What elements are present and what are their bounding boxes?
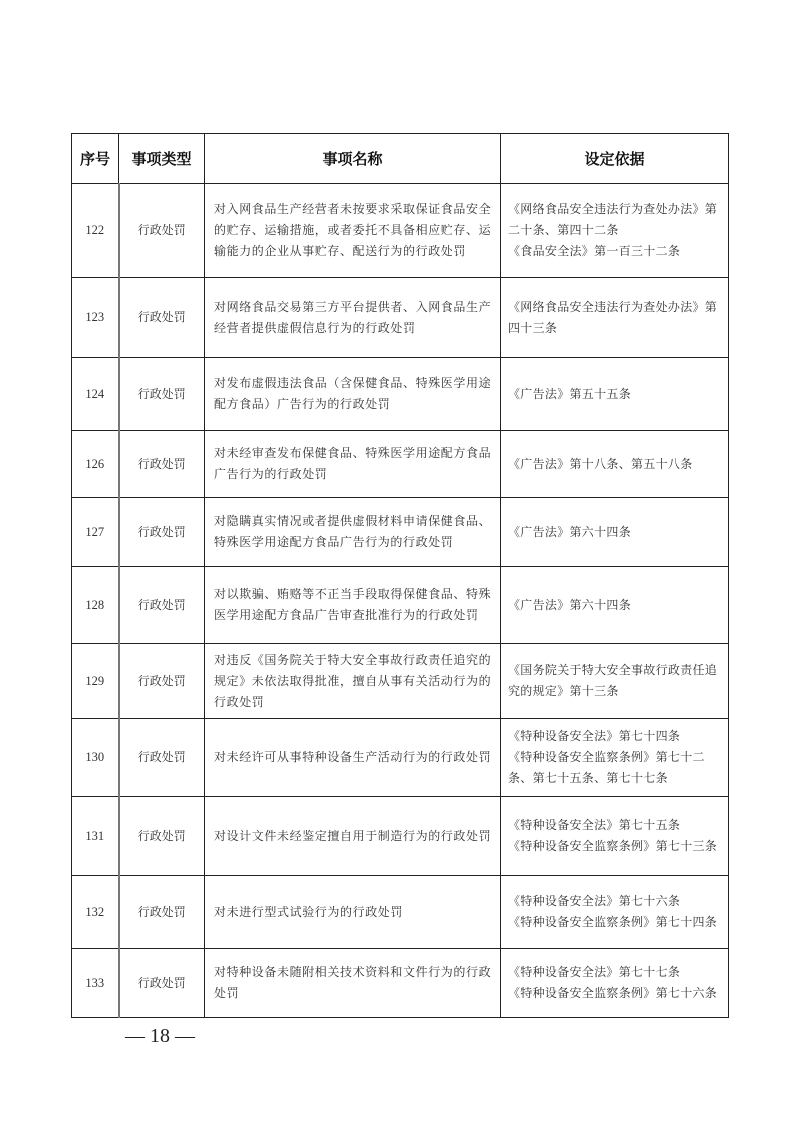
row-item-type: 行政处罚 <box>119 567 205 644</box>
row-legal-basis: 《广告法》第十八条、第五十八条 <box>501 431 729 498</box>
table-header-row: 序号 事项类型 事项名称 设定依据 <box>72 134 729 184</box>
row-item-name: 对违反《国务院关于特大安全事故行政责任追究的规定》未依法取得批准，擅自从事有关活… <box>205 644 501 719</box>
header-type: 事项类型 <box>119 134 205 184</box>
row-item-name: 对以欺骗、贿赂等不正当手段取得保健食品、特殊医学用途配方食品广告审查批准行为的行… <box>205 567 501 644</box>
row-item-name: 对隐瞒真实情况或者提供虚假材料申请保健食品、特殊医学用途配方食品广告行为的行政处… <box>205 498 501 567</box>
legal-basis-line: 《特种设备安全法》第七十四条 <box>508 726 724 747</box>
page-number: — 18 — <box>120 1025 200 1048</box>
row-seq-number: 129 <box>72 644 119 719</box>
header-seq: 序号 <box>72 134 119 184</box>
legal-basis-line: 《特种设备安全监察条例》第七十二条、第七十五条、第七十七条 <box>508 747 724 789</box>
legal-basis-line: 《广告法》第十八条、第五十八条 <box>508 454 724 475</box>
legal-basis-line: 《特种设备安全监察条例》第七十六条 <box>508 983 724 1004</box>
row-item-type: 行政处罚 <box>119 949 205 1018</box>
legal-basis-line: 《特种设备安全法》第七十五条 <box>508 815 724 836</box>
row-item-name: 对未经许可从事特种设备生产活动行为的行政处罚 <box>205 719 501 797</box>
row-legal-basis: 《广告法》第五十五条 <box>501 358 729 431</box>
row-item-name: 对入网食品生产经营者未按要求采取保证食品安全的贮存、运输措施，或者委托不具备相应… <box>205 184 501 278</box>
row-legal-basis: 《特种设备安全法》第七十四条《特种设备安全监察条例》第七十二条、第七十五条、第七… <box>501 719 729 797</box>
row-legal-basis: 《广告法》第六十四条 <box>501 567 729 644</box>
row-item-type: 行政处罚 <box>119 358 205 431</box>
administrative-penalty-table: 序号 事项类型 事项名称 设定依据 122行政处罚对入网食品生产经营者未按要求采… <box>71 133 729 1018</box>
row-item-type: 行政处罚 <box>119 644 205 719</box>
row-seq-number: 126 <box>72 431 119 498</box>
row-item-name: 对设计文件未经鉴定擅自用于制造行为的行政处罚 <box>205 797 501 876</box>
row-seq-number: 131 <box>72 797 119 876</box>
row-seq-number: 122 <box>72 184 119 278</box>
table-row: 122行政处罚对入网食品生产经营者未按要求采取保证食品安全的贮存、运输措施，或者… <box>72 184 729 278</box>
table-row: 132行政处罚对未进行型式试验行为的行政处罚《特种设备安全法》第七十六条《特种设… <box>72 876 729 949</box>
row-item-type: 行政处罚 <box>119 797 205 876</box>
row-item-name: 对发布虚假违法食品（含保健食品、特殊医学用途配方食品）广告行为的行政处罚 <box>205 358 501 431</box>
legal-basis-line: 《特种设备安全监察条例》第七十三条 <box>508 836 724 857</box>
row-seq-number: 127 <box>72 498 119 567</box>
row-item-type: 行政处罚 <box>119 184 205 278</box>
legal-basis-line: 《网络食品安全违法行为查处办法》第四十三条 <box>508 297 724 339</box>
row-item-type: 行政处罚 <box>119 876 205 949</box>
header-name: 事项名称 <box>205 134 501 184</box>
table-row: 129行政处罚对违反《国务院关于特大安全事故行政责任追究的规定》未依法取得批准，… <box>72 644 729 719</box>
legal-basis-line: 《广告法》第六十四条 <box>508 522 724 543</box>
legal-basis-line: 《广告法》第五十五条 <box>508 384 724 405</box>
header-basis: 设定依据 <box>501 134 729 184</box>
row-item-name: 对特种设备未随附相关技术资料和文件行为的行政处罚 <box>205 949 501 1018</box>
table-row: 130行政处罚对未经许可从事特种设备生产活动行为的行政处罚《特种设备安全法》第七… <box>72 719 729 797</box>
legal-basis-line: 《特种设备安全监察条例》第七十四条 <box>508 912 724 933</box>
row-legal-basis: 《特种设备安全法》第七十五条《特种设备安全监察条例》第七十三条 <box>501 797 729 876</box>
row-legal-basis: 《特种设备安全法》第七十六条《特种设备安全监察条例》第七十四条 <box>501 876 729 949</box>
table-row: 126行政处罚对未经审查发布保健食品、特殊医学用途配方食品广告行为的行政处罚《广… <box>72 431 729 498</box>
row-item-type: 行政处罚 <box>119 278 205 358</box>
table-body: 122行政处罚对入网食品生产经营者未按要求采取保证食品安全的贮存、运输措施，或者… <box>72 184 729 1018</box>
legal-basis-line: 《特种设备安全法》第七十七条 <box>508 962 724 983</box>
row-item-type: 行政处罚 <box>119 498 205 567</box>
legal-basis-line: 《网络食品安全违法行为查处办法》第二十条、第四十二条 <box>508 199 724 241</box>
table-row: 123行政处罚对网络食品交易第三方平台提供者、入网食品生产经营者提供虚假信息行为… <box>72 278 729 358</box>
row-seq-number: 130 <box>72 719 119 797</box>
row-item-type: 行政处罚 <box>119 719 205 797</box>
table-row: 128行政处罚对以欺骗、贿赂等不正当手段取得保健食品、特殊医学用途配方食品广告审… <box>72 567 729 644</box>
table-row: 124行政处罚对发布虚假违法食品（含保健食品、特殊医学用途配方食品）广告行为的行… <box>72 358 729 431</box>
legal-basis-line: 《广告法》第六十四条 <box>508 595 724 616</box>
table-row: 131行政处罚对设计文件未经鉴定擅自用于制造行为的行政处罚《特种设备安全法》第七… <box>72 797 729 876</box>
row-seq-number: 123 <box>72 278 119 358</box>
row-item-name: 对未进行型式试验行为的行政处罚 <box>205 876 501 949</box>
row-seq-number: 124 <box>72 358 119 431</box>
row-seq-number: 128 <box>72 567 119 644</box>
table-row: 127行政处罚对隐瞒真实情况或者提供虚假材料申请保健食品、特殊医学用途配方食品广… <box>72 498 729 567</box>
row-item-name: 对网络食品交易第三方平台提供者、入网食品生产经营者提供虚假信息行为的行政处罚 <box>205 278 501 358</box>
row-seq-number: 132 <box>72 876 119 949</box>
document-table-container: 序号 事项类型 事项名称 设定依据 122行政处罚对入网食品生产经营者未按要求采… <box>71 133 728 1018</box>
row-legal-basis: 《国务院关于特大安全事故行政责任追究的规定》第十三条 <box>501 644 729 719</box>
table-row: 133行政处罚对特种设备未随附相关技术资料和文件行为的行政处罚《特种设备安全法》… <box>72 949 729 1018</box>
row-legal-basis: 《广告法》第六十四条 <box>501 498 729 567</box>
legal-basis-line: 《特种设备安全法》第七十六条 <box>508 891 724 912</box>
row-item-type: 行政处罚 <box>119 431 205 498</box>
legal-basis-line: 《食品安全法》第一百三十二条 <box>508 241 724 262</box>
row-legal-basis: 《网络食品安全违法行为查处办法》第二十条、第四十二条《食品安全法》第一百三十二条 <box>501 184 729 278</box>
row-legal-basis: 《网络食品安全违法行为查处办法》第四十三条 <box>501 278 729 358</box>
row-seq-number: 133 <box>72 949 119 1018</box>
row-legal-basis: 《特种设备安全法》第七十七条《特种设备安全监察条例》第七十六条 <box>501 949 729 1018</box>
row-item-name: 对未经审查发布保健食品、特殊医学用途配方食品广告行为的行政处罚 <box>205 431 501 498</box>
legal-basis-line: 《国务院关于特大安全事故行政责任追究的规定》第十三条 <box>508 660 724 702</box>
